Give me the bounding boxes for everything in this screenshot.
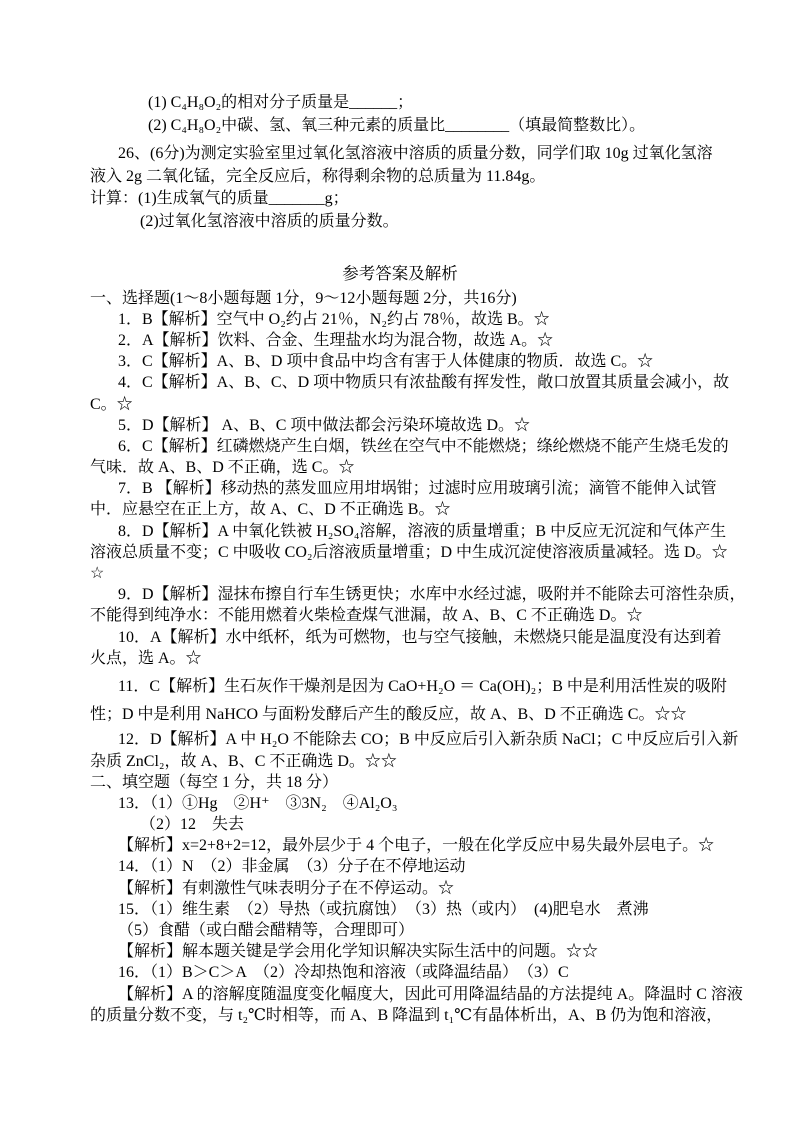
- answer-line: 14．（1）N （2）非金属 （3）分子在不停地运动: [90, 856, 710, 877]
- answer-line: （5）食醋（或白醋会醋精等，合理即可）: [90, 920, 710, 941]
- answer-line: 溶液总质量不变；C 中吸收 CO₂后溶液质量增重；D 中生成沉淀使溶液质量减轻。…: [90, 542, 710, 563]
- answer-key-title: 参考答案及解析: [90, 262, 710, 285]
- answer-line: 【解析】解本题关键是学会用化学知识解决实际生活中的问题。☆☆: [90, 941, 710, 962]
- question-line: (2) C₄H₈O₂中碳、氢、氧三种元素的质量比________（填最简整数比）…: [90, 115, 710, 138]
- answer-line: 8．D【解析】A 中氧化铁被 H₂SO₄溶解，溶液的质量增重；B 中反应无沉淀和…: [90, 521, 710, 542]
- answer-line: 【解析】A 的溶解度随温度变化幅度大，因此可用降温结晶的方法提纯 A。降温时 C…: [90, 984, 710, 1005]
- answer-line: 9．D【解析】湿抹布擦自行车生锈更快；水库中水经过滤，吸附并不能除去可溶性杂质，: [90, 584, 710, 605]
- answer-line: 7．B 【解析】移动热的蒸发皿应用坩埚钳；过滤时应用玻璃引流；滴管不能伸入试管: [90, 478, 710, 499]
- question-line: 计算：(1)生成氧气的质量_______g；: [90, 188, 710, 211]
- answer-line: 12．D【解析】A 中 H₂O 不能除去 CO；B 中反应后引入新杂质 NaCl…: [90, 729, 710, 750]
- answer-line: 性；D 中是利用 NaHCO 与面粉发酵后产生的酸反应，故 A、B、D 不正确选…: [90, 704, 710, 725]
- question-line: (1) C₄H₈O₂的相对分子质量是______；: [90, 92, 710, 115]
- answer-line: 13．（1）①Hg ②H⁺ ③3N₂ ④Al₂O₃: [90, 793, 710, 814]
- answer-line: 15．（1）维生素 （2）导热（或抗腐蚀） （3）热（或内） (4)肥皂水 煮沸: [90, 899, 710, 920]
- choice-section-header: 一、选择题(1～8小题每题 1分，9～12小题每题 2分，共16分): [90, 288, 710, 309]
- question-line: 26、(6分)为测定实验室里过氧化氢溶液中溶质的质量分数，同学们取 10g 过氧…: [90, 143, 710, 166]
- answer-line: 16．（1）B＞C＞A （2）冷却热饱和溶液（或降温结晶） （3）C: [90, 962, 710, 983]
- answer-line: 11．C【解析】生石灰作干燥剂是因为 CaO+H₂O ＝ Ca(OH)₂；B 中…: [90, 676, 710, 697]
- answer-line: 火点，选 A。☆: [90, 648, 710, 669]
- answer-line: 5．D【解析】 A、B、C 项中做法都会污染环境故选 D。☆: [90, 415, 710, 436]
- answer-line: 【解析】x=2+8+2=12，最外层少于 4 个电子，一般在化学反应中易失最外层…: [90, 835, 710, 856]
- answer-line: ☆: [90, 563, 710, 584]
- answer-line: 2．A【解析】饮料、合金、生理盐水均为混合物，故选 A。☆: [90, 330, 710, 351]
- question-section: (1) C₄H₈O₂的相对分子质量是______； (2) C₄H₈O₂中碳、氢…: [90, 92, 710, 234]
- answer-line: 1．B【解析】空气中 O₂约占 21％，N₂约占 78％，故选 B。☆: [90, 309, 710, 330]
- answer-line: 10．A【解析】水中纸杯，纸为可燃物，也与空气接触，未燃烧只能是温度没有达到着: [90, 627, 710, 648]
- answer-section: 一、选择题(1～8小题每题 1分，9～12小题每题 2分，共16分) 1．B【解…: [90, 288, 710, 1026]
- answer-line: 不能得到纯净水：不能用燃着火柴检查煤气泄漏，故 A、B、C 不正确选 D。☆: [90, 605, 710, 626]
- answer-line: 4．C【解析】A、B、C、D 项中物质只有浓盐酸有挥发性，敞口放置其质量会减小，…: [90, 372, 710, 393]
- answer-line: C。☆: [90, 394, 710, 415]
- answer-line: 中．应悬空在正上方，故 A、C、D 不正确选 B。☆: [90, 499, 710, 520]
- answer-line: 的质量分数不变，与 t₂℃时相等，而 A、B 降温到 t₁℃有晶体析出，A、B …: [90, 1005, 710, 1026]
- answer-line: 【解析】有刺激性气味表明分子在不停运动。☆: [90, 878, 710, 899]
- document-page: (1) C₄H₈O₂的相对分子质量是______； (2) C₄H₈O₂中碳、氢…: [0, 0, 794, 1123]
- answer-line: 6．C【解析】红磷燃烧产生白烟，铁丝在空气中不能燃烧；绦纶燃烧不能产生烧毛发的: [90, 436, 710, 457]
- question-line: 液入 2g 二氧化锰，完全反应后，称得剩余物的总质量为 11.84g。: [90, 166, 710, 189]
- answer-line: 气味．故 A、B、D 不正确，选 C。☆: [90, 457, 710, 478]
- answer-line: 3．C【解析】A、B、D 项中食品中均含有害于人体健康的物质．故选 C。☆: [90, 351, 710, 372]
- answer-line: 杂质 ZnCl₂，故 A、B、C 不正确选 D。☆☆: [90, 751, 710, 772]
- fill-blank-section-header: 二、填空题（每空 1 分，共 18 分）: [90, 772, 710, 793]
- question-line: (2)过氧化氢溶液中溶质的质量分数。: [90, 211, 710, 234]
- answer-line: （2）12 失去: [90, 814, 710, 835]
